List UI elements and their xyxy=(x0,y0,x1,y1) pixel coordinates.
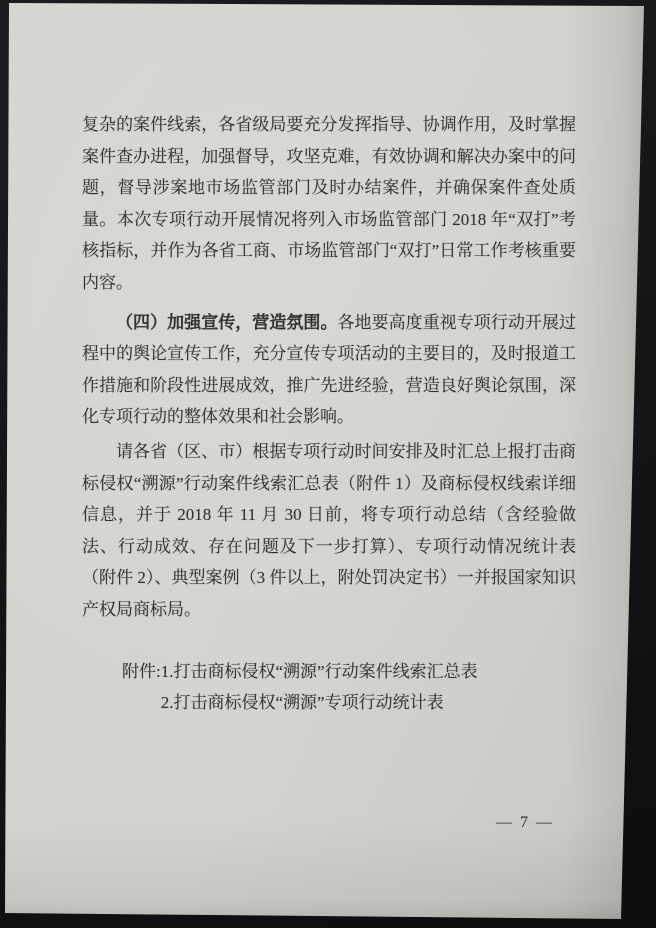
paragraph-lead: （四）加强宣传，营造氛围。 xyxy=(116,313,338,332)
paper-sheet: 复杂的案件线索，各省级局要充分发挥指导、协调作用，及时掌握案件查办进程，加强督导… xyxy=(0,0,656,928)
attachment-item-1: 1.打击商标侵权“溯源”行动案件线索汇总表 xyxy=(161,656,478,687)
page-number: — 7 — xyxy=(496,814,554,832)
attachments-label: 附件: xyxy=(122,656,161,687)
paragraph-reporting-requirements: 请各省（区、市）根据专项行动时间安排及时汇总上报打击商标侵权“溯源”行动案件线索… xyxy=(82,436,576,626)
attachments-block: 附件: 1.打击商标侵权“溯源”行动案件线索汇总表 2.打击商标侵权“溯源”专项… xyxy=(122,656,478,718)
attachment-item-2: 2.打击商标侵权“溯源”专项行动统计表 xyxy=(161,687,478,718)
paragraph-text: 请各省（区、市）根据专项行动时间安排及时汇总上报打击商标侵权“溯源”行动案件线索… xyxy=(82,442,576,619)
paragraph-section-4: （四）加强宣传，营造氛围。各地要高度重视专项行动开展过程中的舆论宣传工作，充分宣… xyxy=(82,307,576,433)
scanned-page-photo: 复杂的案件线索，各省级局要充分发挥指导、协调作用，及时掌握案件查办进程，加强督导… xyxy=(0,0,656,928)
paragraph-continuation: 复杂的案件线索，各省级局要充分发挥指导、协调作用，及时掌握案件查办进程，加强督导… xyxy=(82,109,576,299)
attachments-list: 1.打击商标侵权“溯源”行动案件线索汇总表 2.打击商标侵权“溯源”专项行动统计… xyxy=(161,656,478,718)
document-body: 复杂的案件线索，各省级局要充分发挥指导、协调作用，及时掌握案件查办进程，加强督导… xyxy=(82,109,576,626)
paragraph-text: 复杂的案件线索，各省级局要充分发挥指导、协调作用，及时掌握案件查办进程，加强督导… xyxy=(82,115,576,292)
